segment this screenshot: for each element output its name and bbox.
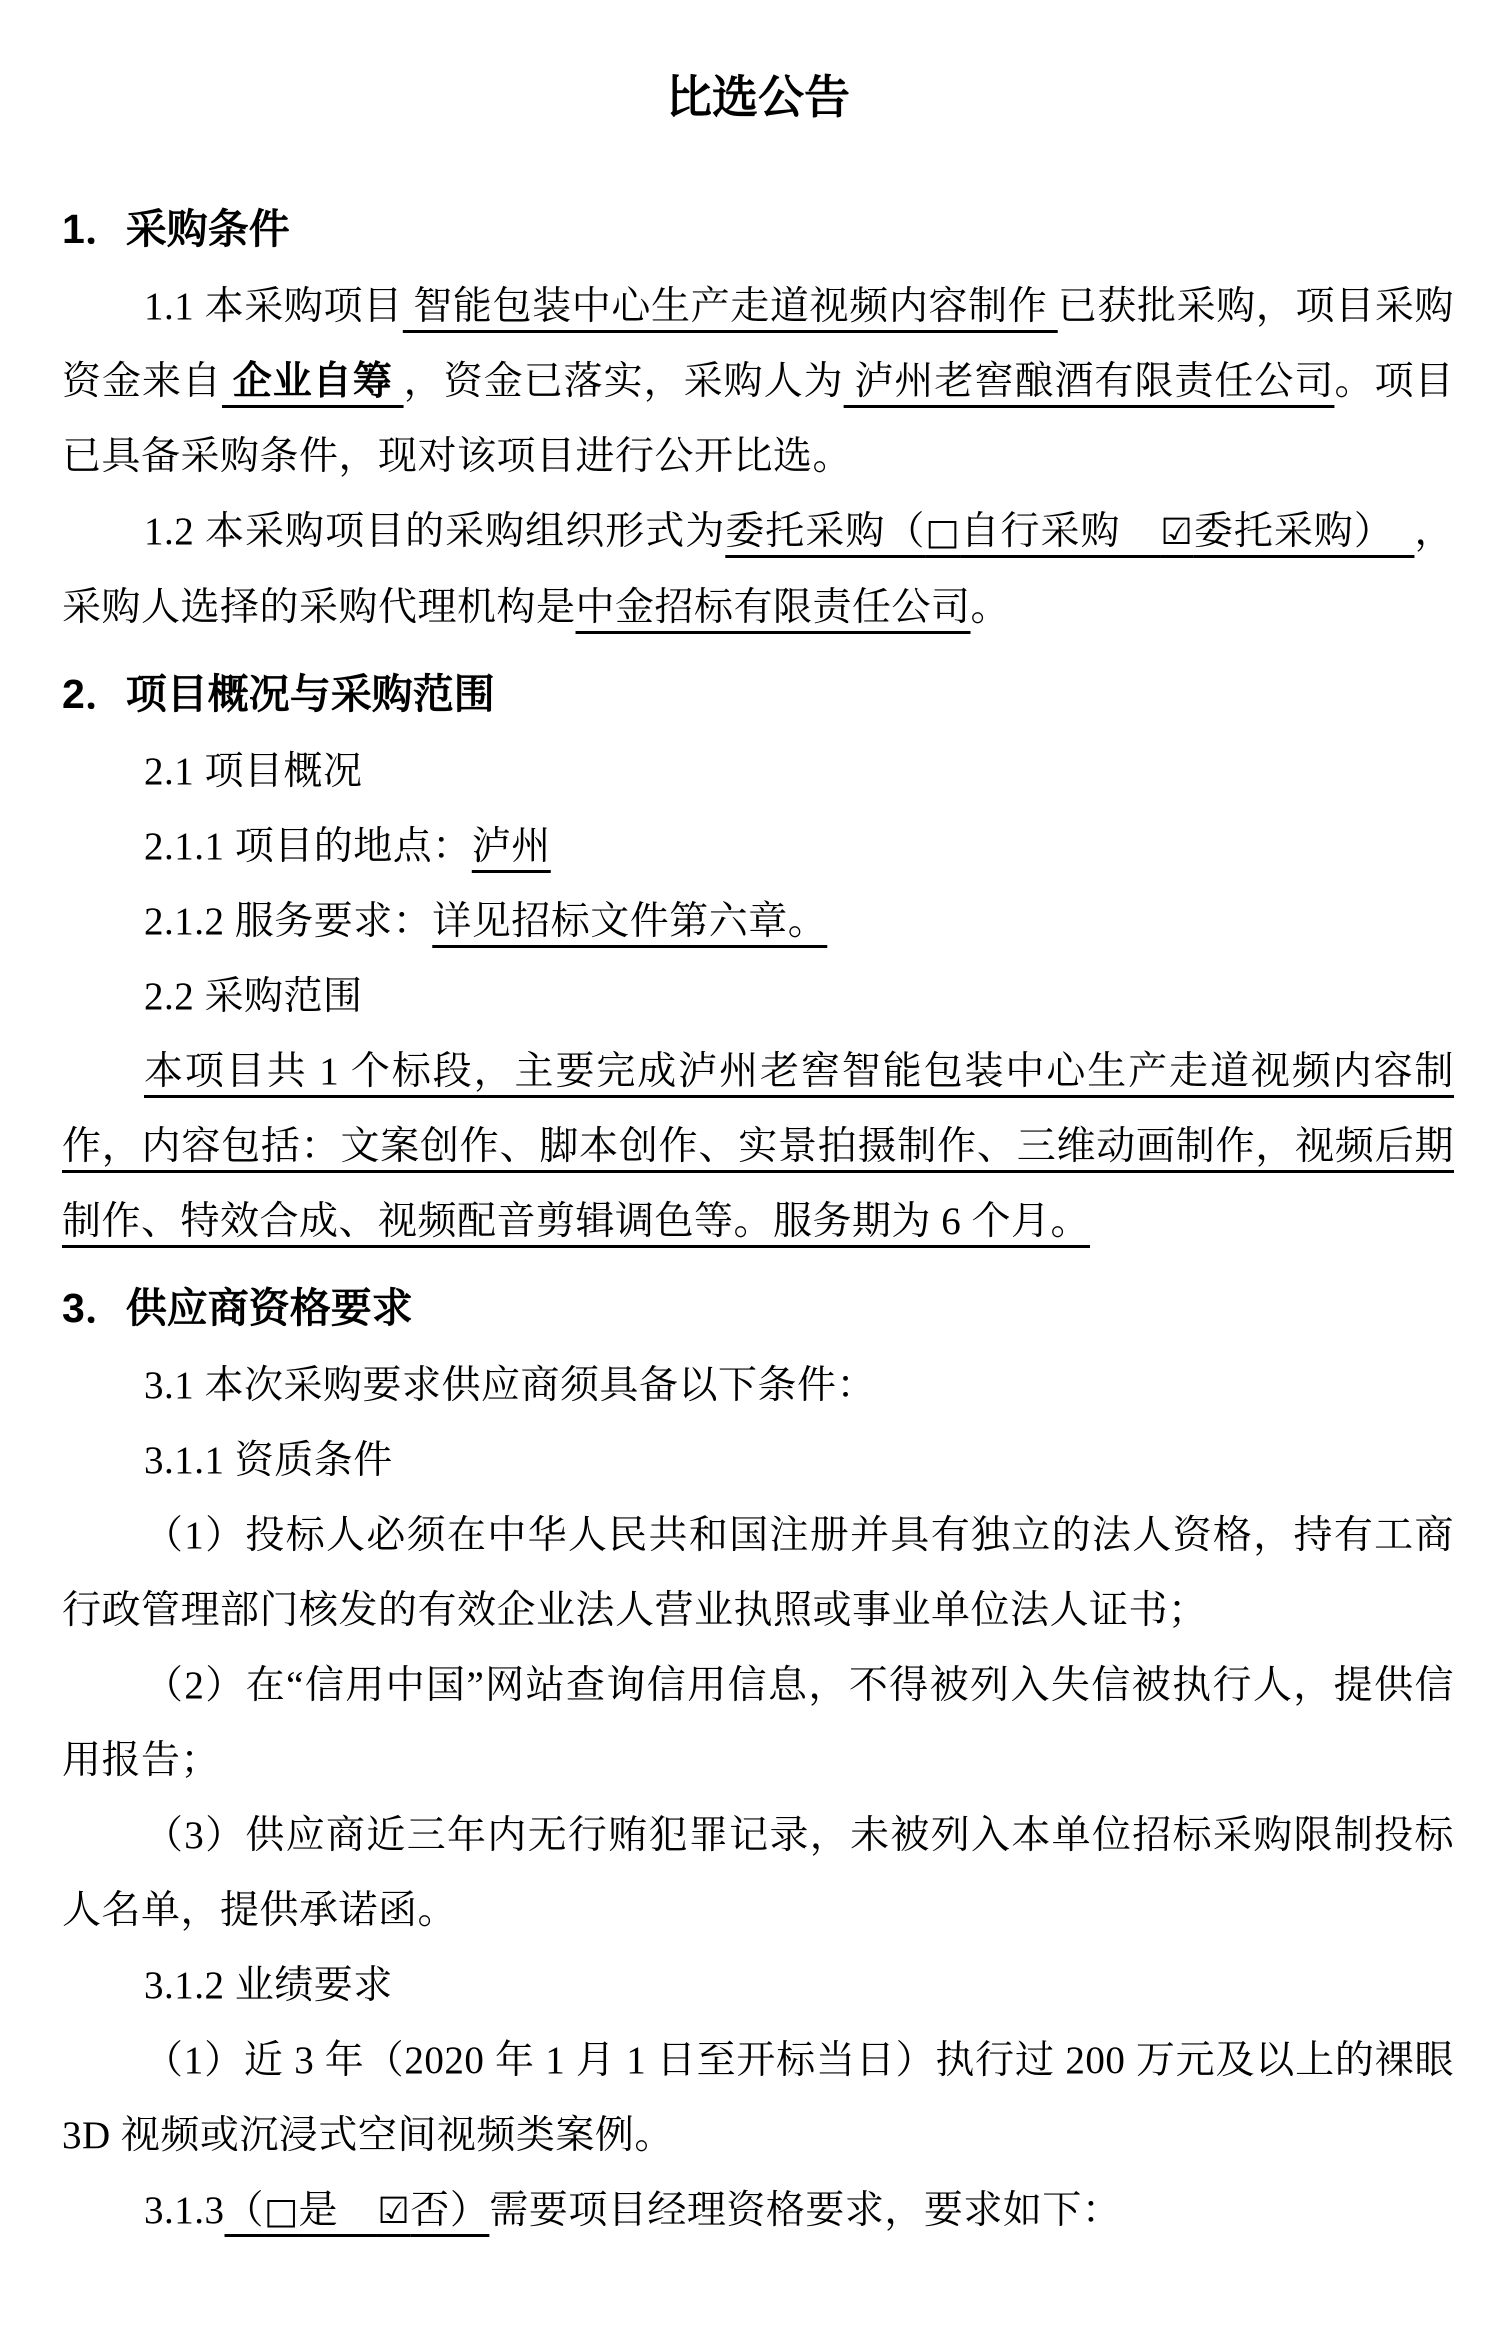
service-requirement-blank: 详见招标文件第六章。 [432, 900, 827, 943]
text-run: 1.2 本采购项目的采购组织形式为 [144, 510, 725, 553]
para-1-2: 1.2 本采购项目的采购组织形式为委托采购（□自行采购 ☑委托采购） ，采购人选… [62, 494, 1454, 645]
text-run: ，资金已落实，采购人为 [404, 360, 844, 403]
text-run: 。 [971, 586, 1011, 629]
text-run: 2.1.1 项目的地点： [144, 825, 472, 868]
scope-text: 本项目共 1 个标段，主要完成泸州老窖智能包装中心生产走道视频内容制作，内容包括… [62, 1050, 1454, 1243]
text-run: （ [225, 2189, 265, 2232]
qualification-item-3: （3）供应商近三年内无行贿犯罪记录，未被列入本单位招标采购限制投标人名单，提供承… [62, 1798, 1454, 1948]
item-3-1-1: 3.1.1 资质条件 [62, 1423, 1454, 1498]
text-run: 委托采购（ [725, 510, 925, 553]
checkbox-unchecked-icon: □ [925, 512, 960, 553]
item-3-1-2: 3.1.2 业绩要求 [62, 1948, 1454, 2023]
purchaser-name-blank: 泸州老窖酿酒有限责任公司 [844, 360, 1335, 403]
text-run: 1.1 本采购项目 [144, 285, 403, 328]
para-1-1: 1.1 本采购项目 智能包装中心生产走道视频内容制作 已获批采购，项目采购资金来… [62, 269, 1454, 494]
location-blank: 泸州 [472, 825, 551, 868]
item-2-1-2: 2.1.2 服务要求：详见招标文件第六章。 [62, 884, 1454, 959]
section-3-heading: 3．供应商资格要求 [62, 1271, 1454, 1346]
item-2-2: 2.2 采购范围 [62, 959, 1454, 1034]
checkbox-checked-icon: ☑ [1161, 512, 1194, 553]
text-run: 需要项目经理资格要求，要求如下： [489, 2189, 1121, 2232]
item-3-1: 3.1 本次采购要求供应商须具备以下条件： [62, 1348, 1454, 1423]
checkbox-checked-icon: ☑ [378, 2191, 411, 2232]
text-run: 采购人选择的采购代理机构是 [62, 586, 576, 629]
text-run: 委托采购） [1193, 510, 1414, 553]
text-run: 3.1.3 [144, 2189, 225, 2232]
text-run: ， [1414, 510, 1454, 553]
qualification-item-1: （1）投标人必须在中华人民共和国注册并具有独立的法人资格，持有工商行政管理部门核… [62, 1498, 1454, 1648]
checkbox-unchecked-icon: □ [264, 2191, 299, 2232]
section-2-heading: 2．项目概况与采购范围 [62, 657, 1454, 732]
qualification-item-2: （2）在“信用中国”网站查询信用信息，不得被列入失信被执行人，提供信用报告； [62, 1648, 1454, 1798]
item-2-1-1: 2.1.1 项目的地点：泸州 [62, 809, 1454, 884]
text-run: 2.1.2 服务要求： [144, 900, 432, 943]
text-run: 是 [299, 2189, 378, 2232]
section-project-overview: 2．项目概况与采购范围 2.1 项目概况 2.1.1 项目的地点：泸州 2.1.… [62, 657, 1454, 1259]
project-name-blank: 智能包装中心生产走道视频内容制作 [403, 285, 1058, 328]
section-procurement-conditions: 1．采购条件 1.1 本采购项目 智能包装中心生产走道视频内容制作 已获批采购，… [62, 192, 1454, 645]
item-2-1: 2.1 项目概况 [62, 734, 1454, 809]
funding-source-blank: 企业自筹 [222, 360, 404, 403]
performance-item-1: （1）近 3 年（2020 年 1 月 1 日至开标当日）执行过 200 万元及… [62, 2023, 1454, 2173]
agency-name-blank: 中金招标有限责任公司 [576, 586, 971, 629]
section-supplier-qualifications: 3．供应商资格要求 3.1 本次采购要求供应商须具备以下条件： 3.1.1 资质… [62, 1271, 1454, 2249]
scope-paragraph: 本项目共 1 个标段，主要完成泸州老窖智能包装中心生产走道视频内容制作，内容包括… [62, 1034, 1454, 1259]
document-title: 比选公告 [62, 58, 1454, 136]
section-1-heading: 1．采购条件 [62, 192, 1454, 267]
item-3-1-3: 3.1.3（□是 ☑否）需要项目经理资格要求，要求如下： [62, 2173, 1454, 2249]
procurement-form-blank: 委托采购（□自行采购 ☑委托采购） [725, 510, 1414, 553]
text-run: 否） [410, 2189, 489, 2232]
pm-requirement-blank: （□是 ☑否） [225, 2189, 490, 2232]
document-page: 比选公告 1．采购条件 1.1 本采购项目 智能包装中心生产走道视频内容制作 已… [0, 0, 1500, 2332]
text-run: 自行采购 [960, 510, 1160, 553]
